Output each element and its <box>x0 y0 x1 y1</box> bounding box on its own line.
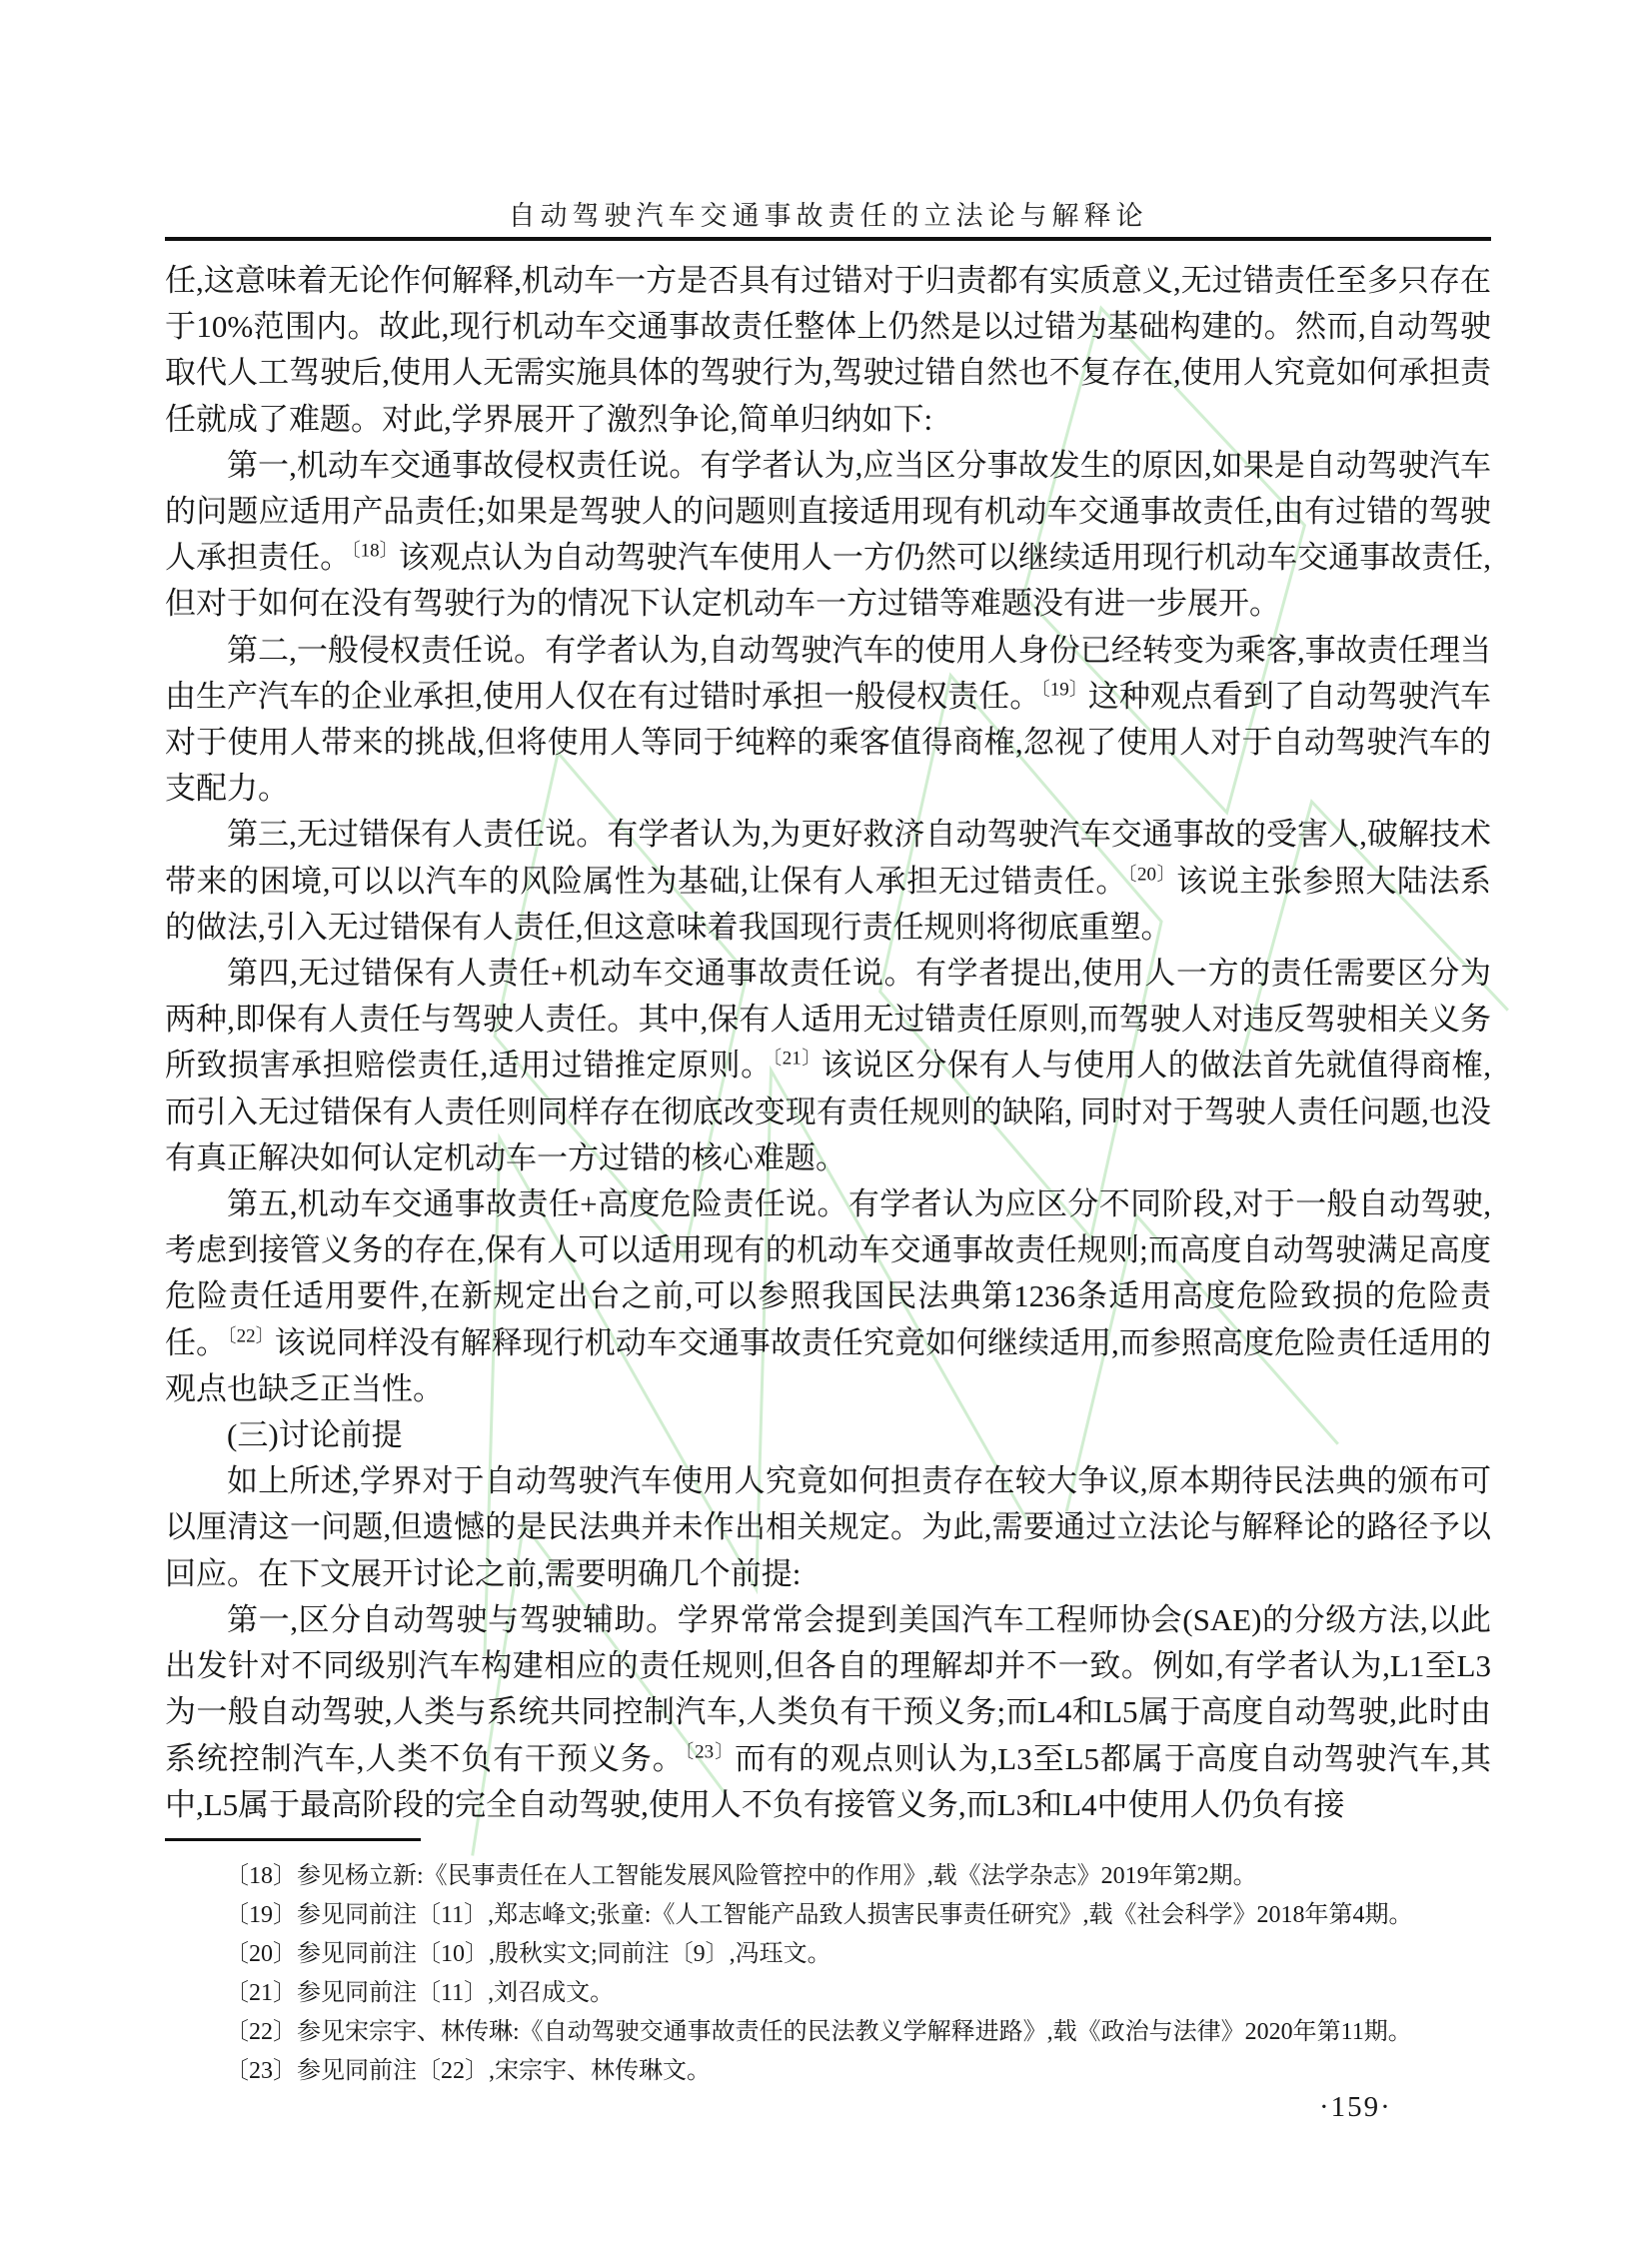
footnote: 〔18〕参见杨立新:《民事责任在人工智能发展风险管控中的作用》,载《法学杂志》2… <box>165 1857 1491 1896</box>
footnote-separator-rule <box>165 1838 421 1841</box>
journal-page: 自动驾驶汽车交通事故责任的立法论与解释论 任,这意味着无论作何解释,机动车一方是… <box>0 0 1652 2243</box>
running-head-title: 自动驾驶汽车交通事故责任的立法论与解释论 <box>165 194 1491 233</box>
footnote: 〔20〕参见同前注〔10〕,殷秋实文;同前注〔9〕,冯珏文。 <box>165 1935 1491 1974</box>
footnote-marker: 〔19〕 <box>1040 680 1088 701</box>
footnote: 〔22〕参见宋宗宇、林传琳:《自动驾驶交通事故责任的民法教义学解释进路》,载《政… <box>165 2013 1491 2052</box>
footnote: 〔19〕参见同前注〔11〕,郑志峰文;张童:《人工智能产品致人损害民事责任研究》… <box>165 1896 1491 1935</box>
footnote-marker: 〔18〕 <box>351 541 399 562</box>
footnote-marker: 〔20〕 <box>1127 864 1176 885</box>
footnote: 〔23〕参见同前注〔22〕,宋宗宇、林传琳文。 <box>165 2052 1491 2091</box>
body-paragraph: 如上所述,学界对于自动驾驶汽车使用人究竟如何担责存在较大争议,原本期待民法典的颁… <box>165 1458 1491 1597</box>
footnote: 〔21〕参见同前注〔11〕,刘召成文。 <box>165 1974 1491 2013</box>
body-paragraph: (三)讨论前提 <box>165 1412 1491 1458</box>
footnote-marker: 〔23〕 <box>685 1741 735 1762</box>
body-paragraph: 第四,无过错保有人责任+机动车交通事故责任说。有学者提出,使用人一方的责任需要区… <box>165 951 1491 1181</box>
body-paragraph: 第一,机动车交通事故侵权责任说。有学者认为,应当区分事故发生的原因,如果是自动驾… <box>165 443 1491 628</box>
body-paragraph: 第五,机动车交通事故责任+高度危险责任说。有学者认为应区分不同阶段,对于一般自动… <box>165 1181 1491 1412</box>
footnote-marker: 〔22〕 <box>227 1325 275 1346</box>
body-paragraph: 任,这意味着无论作何解释,机动车一方是否具有过错对于归责都有实质意义,无过错责任… <box>165 258 1491 443</box>
header-rule <box>165 237 1491 241</box>
body-paragraph: 第三,无过错保有人责任说。有学者认为,为更好救济自动驾驶汽车交通事故的受害人,破… <box>165 812 1491 951</box>
body-paragraph: 第一,区分自动驾驶与驾驶辅助。学界常常会提到美国汽车工程师协会(SAE)的分级方… <box>165 1597 1491 1828</box>
footnote-marker: 〔21〕 <box>773 1049 822 1070</box>
page-number: ·159· <box>1319 2091 1392 2124</box>
body-text: 任,这意味着无论作何解释,机动车一方是否具有过错对于归责都有实质意义,无过错责任… <box>165 258 1491 1828</box>
footnotes-list: 〔18〕参见杨立新:《民事责任在人工智能发展风险管控中的作用》,载《法学杂志》2… <box>165 1857 1491 2091</box>
body-paragraph: 第二,一般侵权责任说。有学者认为,自动驾驶汽车的使用人身份已经转变为乘客,事故责… <box>165 628 1491 813</box>
